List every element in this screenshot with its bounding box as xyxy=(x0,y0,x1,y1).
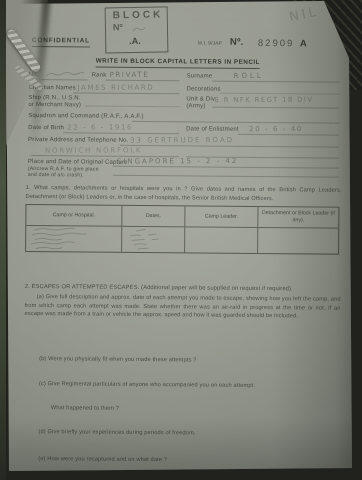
field-christian-names-value: JAMES RICHARD xyxy=(77,84,154,92)
form-paper-sheet: BLOCK Nº .A. CONFIDENTIAL M.I. 9/JAP Nº.… xyxy=(2,1,357,474)
field-surname-label: Surname xyxy=(187,73,213,79)
table-header-camp-leader: Camp Leader. xyxy=(185,206,258,228)
table-cell-camp xyxy=(26,226,122,252)
field-unit-line xyxy=(212,107,339,109)
field-enlistment-label: Date of Enlistment xyxy=(186,126,239,132)
pencil-scribble-dates xyxy=(122,228,182,253)
field-decorations-label: Decorations xyxy=(186,86,220,92)
field-decorations-line xyxy=(220,93,339,95)
field-unit-value: 5 R NFK REGT 18 DIV xyxy=(214,96,313,105)
table-cell-detachment-leader xyxy=(258,228,338,254)
photo-left-edge xyxy=(0,0,6,480)
field-rank-value: PRIVATE xyxy=(110,71,150,79)
field-enlistment-line xyxy=(238,134,339,136)
field-enlistment-value: 20 - 6 - 40 xyxy=(249,125,303,133)
field-address-line1 xyxy=(120,145,339,148)
form-ref-code: M.I. 9/JAP xyxy=(198,41,222,46)
table-header-detachment-leader: Detachment or Block Leader (if any). xyxy=(258,207,338,229)
field-dob-value: 22 - 6 - 1916 xyxy=(67,123,133,131)
question-2c-text: (c) Give Regimental particulars of anyon… xyxy=(39,380,329,391)
field-address-value-line1: 33 GERTRUDE ROAD xyxy=(130,136,234,145)
field-address-label: Private Address and Telephone No. xyxy=(28,137,129,144)
field-capture-value: SINGAPORE 15 - 2 - 42 xyxy=(117,157,238,166)
service-number-scribble xyxy=(44,69,86,79)
field-squadron-line xyxy=(132,121,339,124)
field-unit-label-line2: (Army) xyxy=(186,103,205,109)
field-address-value-line2: NORWICH NORFOLK xyxy=(45,146,142,155)
table-cell-dates xyxy=(122,227,185,253)
form-content: BLOCK Nº .A. CONFIDENTIAL M.I. 9/JAP Nº.… xyxy=(0,1,357,477)
field-squadron-label: Squadron and Command (R.A.F., A.A.F.) xyxy=(28,113,144,120)
field-rank-label: Rank xyxy=(92,73,107,79)
field-unit-label-line1: Unit & Div. xyxy=(186,96,216,102)
field-rank-line xyxy=(106,80,180,82)
field-surname-line xyxy=(213,81,340,83)
field-dob-line xyxy=(63,132,179,134)
stamp-block-text: BLOCK xyxy=(113,9,164,21)
pencil-nil-note: NIL xyxy=(288,5,320,26)
question-2c-followup-text: What happened to them ? xyxy=(51,404,251,414)
form-series-letter: A xyxy=(300,38,307,49)
question-2e-text: (e) How were you recaptured and on what … xyxy=(38,455,328,466)
question-2a-text: (a) Give full description and approx. da… xyxy=(24,293,340,321)
table-cell-camp-leader xyxy=(185,227,258,253)
field-capture-line1 xyxy=(113,166,339,169)
field-capture-line2 xyxy=(113,175,339,178)
field-surname-value: ROLL xyxy=(234,72,264,80)
question-2d-text: (d) Give briefly your experiences during… xyxy=(38,428,328,439)
stamp-no-symbol: Nº xyxy=(113,22,123,32)
block-number-stamp: BLOCK Nº .A. xyxy=(105,6,169,53)
form-no-symbol: Nº. xyxy=(230,37,244,48)
question-2b-text: (b) Were you physically fit when you mad… xyxy=(39,355,329,366)
camps-table: Camp or Hospital. Dates. Camp Leader. De… xyxy=(25,204,339,255)
stamp-pencil-number-scribble xyxy=(130,24,150,34)
pencil-scribble-camps xyxy=(28,227,120,252)
instruction-heading: WRITE IN BLOCK CAPITAL LETTERS IN PENCIL xyxy=(96,58,260,69)
stamp-series-letter: .A. xyxy=(129,36,141,46)
scanned-document-photo: BLOCK Nº .A. CONFIDENTIAL M.I. 9/JAP Nº.… xyxy=(0,0,362,480)
table-header-dates: Dates. xyxy=(122,206,185,228)
field-ship-line xyxy=(85,105,179,107)
form-serial-number: 82909 xyxy=(258,38,295,49)
question-1-text: 1. What camps, detachments or hospitals … xyxy=(26,184,342,204)
table-header-camp: Camp or Hospital. xyxy=(26,205,122,227)
field-capture-label-line3: and date of a/c crash). xyxy=(28,172,84,178)
field-christian-names-line xyxy=(73,92,179,94)
